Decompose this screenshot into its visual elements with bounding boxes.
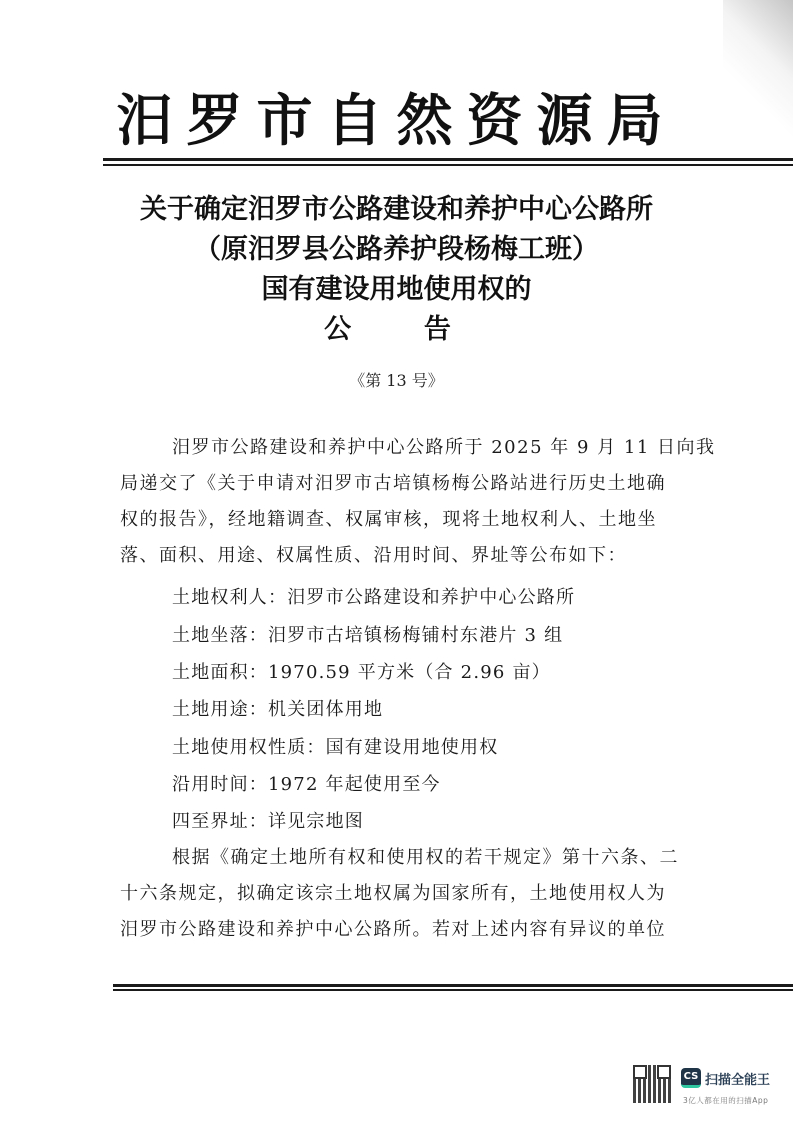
field-usage: 土地用途：机关团体用地	[172, 692, 383, 728]
field-value: 详见宗地图	[268, 811, 364, 832]
field-label: 土地使用权性质：	[172, 737, 326, 758]
footer-rule-thin	[113, 989, 793, 991]
field-label: 土地权利人：	[172, 587, 287, 608]
notice-title-line-4: 公 告	[0, 310, 793, 350]
scanner-app-name: 扫描全能王	[705, 1069, 770, 1088]
basis-line: 汨罗市公路建设和养护中心公路所。若对上述内容有异议的单位	[120, 912, 705, 948]
letterhead-rule-thin	[103, 164, 793, 166]
field-rights-holder: 土地权利人：汨罗市公路建设和养护中心公路所	[172, 580, 575, 616]
field-value: 1970.59 平方米（合 2.96 亩）	[268, 662, 551, 683]
field-value: 汨罗市古培镇杨梅铺村东港片 3 组	[268, 625, 563, 646]
qr-code-icon	[633, 1065, 671, 1103]
field-area: 土地面积：1970.59 平方米（合 2.96 亩）	[172, 655, 551, 691]
field-right-type: 土地使用权性质：国有建设用地使用权	[172, 730, 498, 766]
document-number: 《第 13 号》	[0, 368, 793, 391]
intro-line: 权的报告》，经地籍调查、权属审核，现将土地权利人、土地坐	[120, 502, 705, 538]
basis-paragraph: 根据《确定土地所有权和使用权的若干规定》第十六条、二 十六条规定，拟确定该宗土地…	[120, 840, 705, 948]
agency-letterhead: 汨罗市自然资源局	[0, 86, 793, 156]
intro-line: 局递交了《关于申请对汨罗市古培镇杨梅公路站进行历史土地确	[120, 466, 705, 502]
field-value: 机关团体用地	[268, 699, 383, 720]
footer-rule-thick	[113, 984, 793, 987]
field-usage-period: 沿用时间：1972 年起使用至今	[172, 767, 441, 803]
field-label: 四至界址：	[172, 811, 268, 832]
field-label: 土地面积：	[172, 662, 268, 683]
field-boundaries: 四至界址：详见宗地图	[172, 804, 364, 840]
notice-title-line-2: （原汨罗县公路养护段杨梅工班）	[0, 230, 793, 270]
notice-title-line-3: 国有建设用地使用权的	[0, 270, 793, 310]
notice-title-line-1: 关于确定汨罗市公路建设和养护中心公路所	[0, 190, 793, 230]
field-value: 1972 年起使用至今	[268, 774, 441, 795]
field-location: 土地坐落：汨罗市古培镇杨梅铺村东港片 3 组	[172, 618, 563, 654]
scanner-tagline: 3亿人都在用的扫描App	[683, 1095, 768, 1106]
letterhead-rule-thick	[103, 158, 793, 161]
intro-line: 汨罗市公路建设和养护中心公路所于 2025 年 9 月 11 日向我	[120, 430, 705, 466]
camscanner-logo-icon: CS	[681, 1068, 701, 1088]
field-value: 汨罗市公路建设和养护中心公路所	[287, 587, 575, 608]
scanner-watermark: CS 扫描全能王 3亿人都在用的扫描App	[633, 1065, 793, 1115]
basis-line: 根据《确定土地所有权和使用权的若干规定》第十六条、二	[120, 840, 705, 876]
field-label: 土地坐落：	[172, 625, 268, 646]
intro-paragraph: 汨罗市公路建设和养护中心公路所于 2025 年 9 月 11 日向我 局递交了《…	[120, 430, 705, 574]
basis-line: 十六条规定，拟确定该宗土地权属为国家所有，土地使用权人为	[120, 876, 705, 912]
intro-line: 落、面积、用途、权属性质、沿用时间、界址等公布如下：	[120, 538, 705, 574]
field-value: 国有建设用地使用权	[326, 737, 499, 758]
field-label: 土地用途：	[172, 699, 268, 720]
field-label: 沿用时间：	[172, 774, 268, 795]
